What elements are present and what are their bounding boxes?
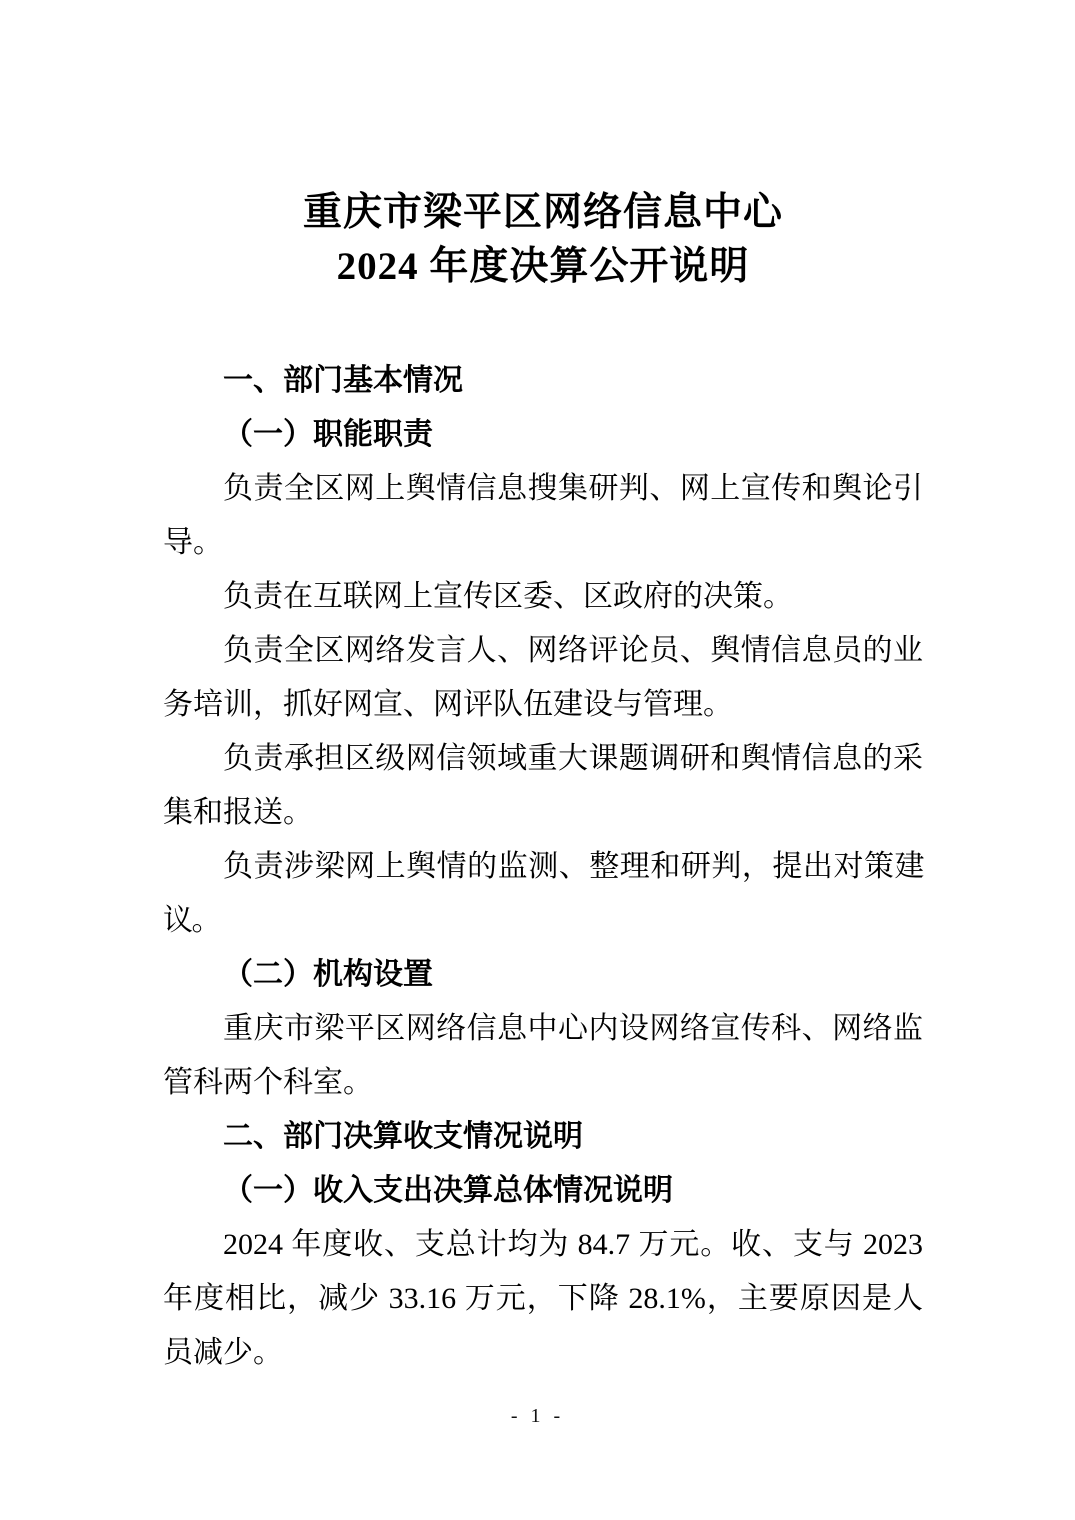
subsection-heading-1-1: （一）职能职责 [163, 408, 923, 462]
document-title: 重庆市梁平区网络信息中心 2024 年度决算公开说明 [163, 186, 923, 294]
subsection-heading-1-2: （二）机构设置 [163, 948, 923, 1002]
paragraph-budget-summary: 2024 年度收、支总计均为 84.7 万元。收、支与 2023 年度相比，减少… [163, 1218, 923, 1380]
paragraph-duties-3: 负责全区网络发言人、网络评论员、舆情信息员的业务培训，抓好网宣、网评队伍建设与管… [163, 624, 923, 732]
paragraph-duties-5: 负责涉梁网上舆情的监测、整理和研判，提出对策建议。 [163, 840, 923, 948]
document-body: 一、部门基本情况 （一）职能职责 负责全区网上舆情信息搜集研判、网上宣传和舆论引… [163, 354, 923, 1380]
title-line-1: 重庆市梁平区网络信息中心 [163, 186, 923, 240]
paragraph-duties-1: 负责全区网上舆情信息搜集研判、网上宣传和舆论引导。 [163, 462, 923, 570]
document-content: 重庆市梁平区网络信息中心 2024 年度决算公开说明 一、部门基本情况 （一）职… [163, 186, 923, 1380]
section-heading-2: 二、部门决算收支情况说明 [163, 1110, 923, 1164]
footer-page-number: - 1 - [0, 1405, 1075, 1428]
title-line-2: 2024 年度决算公开说明 [163, 240, 923, 294]
section-heading-1: 一、部门基本情况 [163, 354, 923, 408]
document-page: 重庆市梁平区网络信息中心 2024 年度决算公开说明 一、部门基本情况 （一）职… [0, 0, 1075, 1520]
subsection-heading-2-1: （一）收入支出决算总体情况说明 [163, 1164, 923, 1218]
paragraph-org-structure: 重庆市梁平区网络信息中心内设网络宣传科、网络监管科两个科室。 [163, 1002, 923, 1110]
paragraph-duties-2: 负责在互联网上宣传区委、区政府的决策。 [163, 570, 923, 624]
paragraph-duties-4: 负责承担区级网信领域重大课题调研和舆情信息的采集和报送。 [163, 732, 923, 840]
